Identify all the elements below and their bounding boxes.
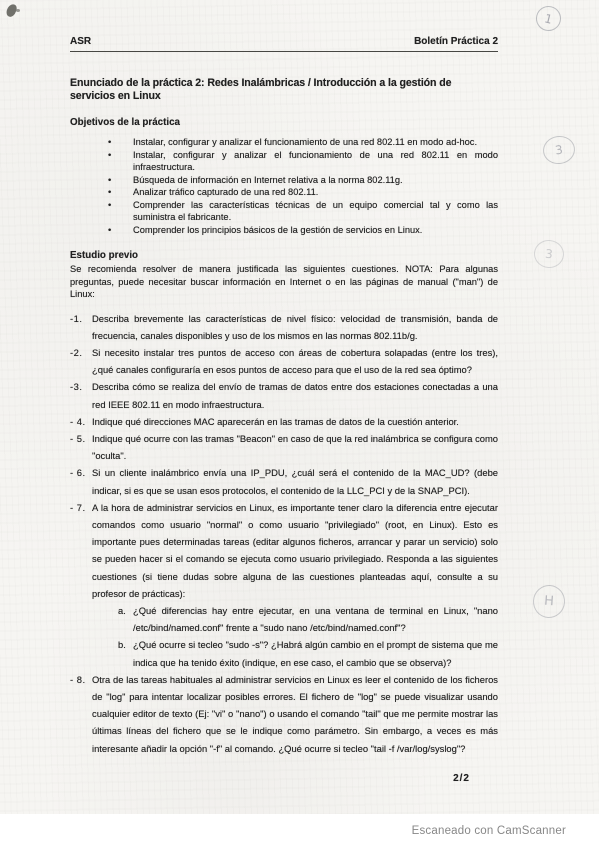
page-number: 2/2 — [70, 773, 498, 784]
question-marker: -2. — [70, 344, 92, 378]
question-text: Si un cliente inalámbrico envía una IP_P… — [92, 464, 498, 498]
objective-item: • Instalar, configurar y analizar el fun… — [108, 149, 498, 174]
question-text: Indique qué ocurre con las tramas "Beaco… — [92, 430, 498, 464]
objective-text: Instalar, configurar y analizar el funci… — [133, 149, 498, 174]
question-marker: - 4. — [70, 413, 92, 430]
question-item: - 6. Si un cliente inalámbrico envía una… — [70, 464, 498, 498]
subquestion-marker: a. — [118, 602, 133, 636]
pencil-circle-annotation: 3 — [533, 239, 566, 270]
question-marker: - 5. — [70, 430, 92, 464]
question-text: Si necesito instalar tres puntos de acce… — [92, 344, 498, 378]
question-item: -3. Describa cómo se realiza del envío d… — [70, 378, 498, 412]
objective-item: • Búsqueda de información en Internet re… — [108, 174, 498, 187]
bulletin-title: Boletín Práctica 2 — [414, 36, 498, 47]
question-marker: - 7. — [70, 499, 92, 671]
bullet-icon: • — [108, 224, 133, 237]
objective-item: • Analizar tráfico capturado de una red … — [108, 186, 498, 199]
prior-study-heading: Estudio previo — [70, 250, 498, 261]
bullet-icon: • — [108, 136, 133, 149]
page-content: ASR Boletín Práctica 2 Enunciado de la p… — [70, 36, 498, 784]
question-text: Otra de las tareas habituales al adminis… — [92, 671, 498, 757]
objective-text: Búsqueda de información en Internet rela… — [133, 174, 403, 187]
pencil-circle-annotation: 3 — [541, 134, 577, 166]
subquestions-list: a. ¿Qué diferencias hay entre ejecutar, … — [92, 602, 498, 671]
objectives-heading: Objetivos de la práctica — [70, 117, 498, 128]
question-text: Describa brevemente las características … — [92, 310, 498, 344]
prior-study-intro: Se recomienda resolver de manera justifi… — [70, 263, 498, 301]
question-text: Describa cómo se realiza del envío de tr… — [92, 378, 498, 412]
question-item: - 7. A la hora de administrar servicios … — [70, 499, 498, 671]
question-item: -2. Si necesito instalar tres puntos de … — [70, 344, 498, 378]
subquestion-item: a. ¿Qué diferencias hay entre ejecutar, … — [118, 602, 498, 636]
bullet-icon: • — [108, 149, 133, 174]
objective-text: Analizar tráfico capturado de una red 80… — [133, 186, 318, 199]
scanned-document-page: ASR Boletín Práctica 2 Enunciado de la p… — [0, 0, 599, 848]
question-item: -1. Describa brevemente las característi… — [70, 310, 498, 344]
objective-item: • Comprender las características técnica… — [108, 199, 498, 224]
objective-text: Comprender las características técnicas … — [133, 199, 498, 224]
question-marker: -3. — [70, 378, 92, 412]
objective-text: Instalar, configurar y analizar el funci… — [133, 136, 477, 149]
subquestion-marker: b. — [118, 636, 133, 670]
question-marker: - 6. — [70, 464, 92, 498]
course-code: ASR — [70, 36, 91, 47]
subquestion-text: ¿Qué diferencias hay entre ejecutar, en … — [133, 602, 498, 636]
question-marker: - 8. — [70, 671, 92, 757]
bullet-icon: • — [108, 174, 133, 187]
question-item: - 5. Indique qué ocurre con las tramas "… — [70, 430, 498, 464]
questions-list: -1. Describa brevemente las característi… — [70, 310, 498, 757]
pencil-circle-annotation: H — [532, 584, 566, 619]
question-item: - 4. Indique qué direcciones MAC aparece… — [70, 413, 498, 430]
practice-title: Enunciado de la práctica 2: Redes Inalám… — [70, 77, 498, 103]
scanner-credit-strip: Escaneado con CamScanner — [0, 814, 599, 848]
objective-item: • Comprender los principios básicos de l… — [108, 224, 498, 237]
question-item: - 8. Otra de las tareas habituales al ad… — [70, 671, 498, 757]
bullet-icon: • — [108, 199, 133, 224]
ink-smudge-dot — [16, 9, 20, 12]
objective-item: • Instalar, configurar y analizar el fun… — [108, 136, 498, 149]
question-text: Indique qué direcciones MAC aparecerán e… — [92, 413, 498, 430]
scanner-credit-text: Escaneado con CamScanner — [412, 825, 566, 837]
objectives-list: • Instalar, configurar y analizar el fun… — [70, 136, 498, 236]
question-text: A la hora de administrar servicios en Li… — [92, 499, 498, 602]
pencil-circle-annotation: 1 — [533, 3, 563, 33]
subquestion-text: ¿Qué ocurre si tecleo "sudo -s"? ¿Habrá … — [133, 636, 498, 670]
bullet-icon: • — [108, 186, 133, 199]
question-marker: -1. — [70, 310, 92, 344]
subquestion-item: b. ¿Qué ocurre si tecleo "sudo -s"? ¿Hab… — [118, 636, 498, 670]
document-header: ASR Boletín Práctica 2 — [70, 36, 498, 52]
objective-text: Comprender los principios básicos de la … — [133, 224, 422, 237]
